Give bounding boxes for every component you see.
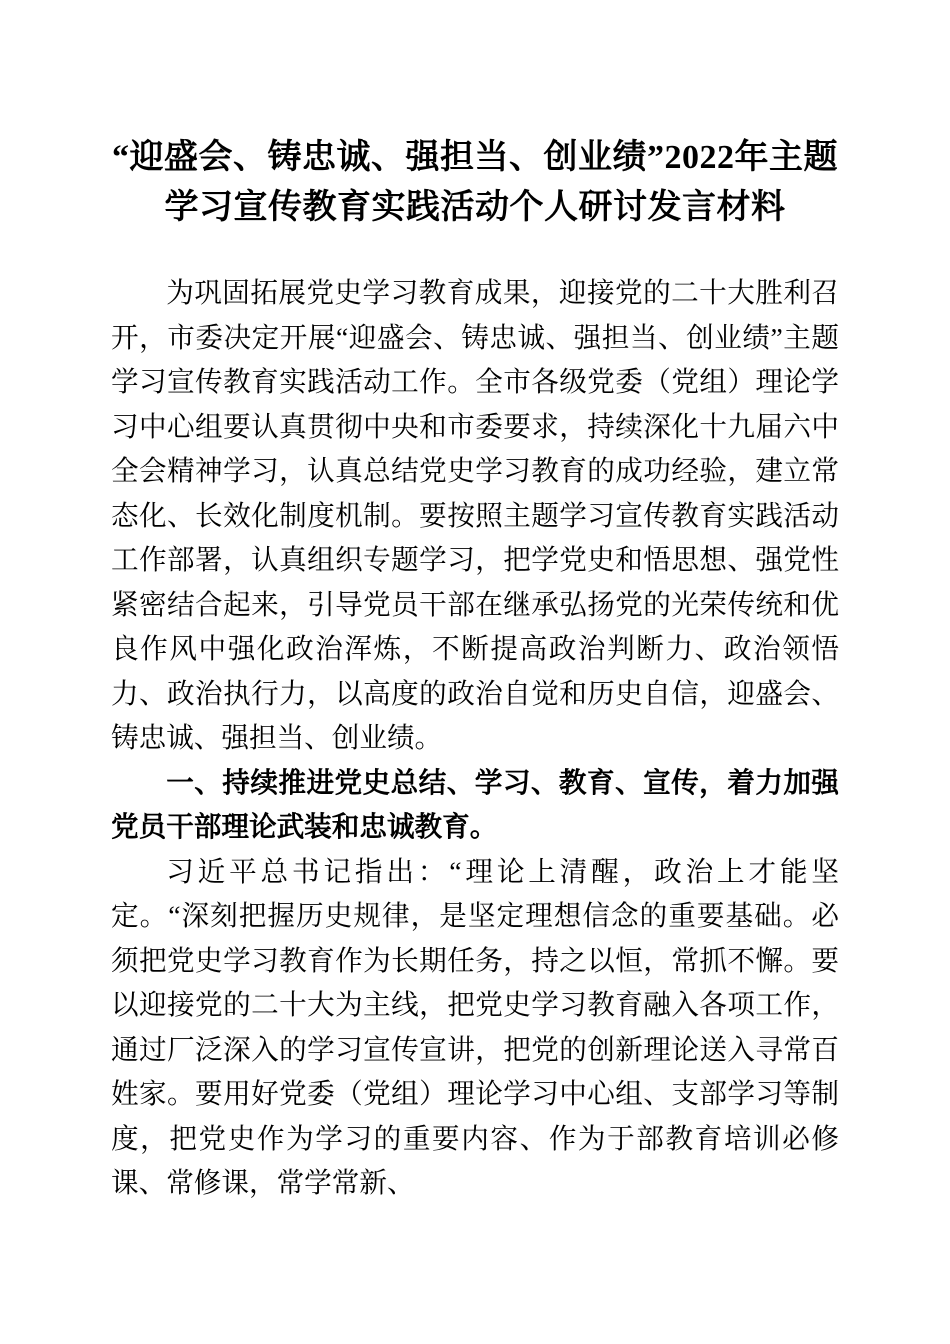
paragraph-intro: 为巩固拓展党史学习教育成果，迎接党的二十大胜利召开，市委决定开展“迎盛会、铸忠诚… <box>111 271 839 761</box>
document-page: “迎盛会、铸忠诚、强担当、创业绩”2022年主题学习宣传教育实践活动个人研讨发言… <box>111 0 839 1206</box>
document-body: 为巩固拓展党史学习教育成果，迎接党的二十大胜利召开，市委决定开展“迎盛会、铸忠诚… <box>111 271 839 1206</box>
section-heading-1: 一、持续推进党史总结、学习、教育、宣传，着力加强党员干部理论武装和忠诚教育。 <box>111 761 839 850</box>
paragraph-section-1: 习近平总书记指出：“理论上清醒，政治上才能坚定。“深刻把握历史规律，是坚定理想信… <box>111 850 839 1206</box>
document-title: “迎盛会、铸忠诚、强担当、创业绩”2022年主题学习宣传教育实践活动个人研讨发言… <box>111 133 839 233</box>
